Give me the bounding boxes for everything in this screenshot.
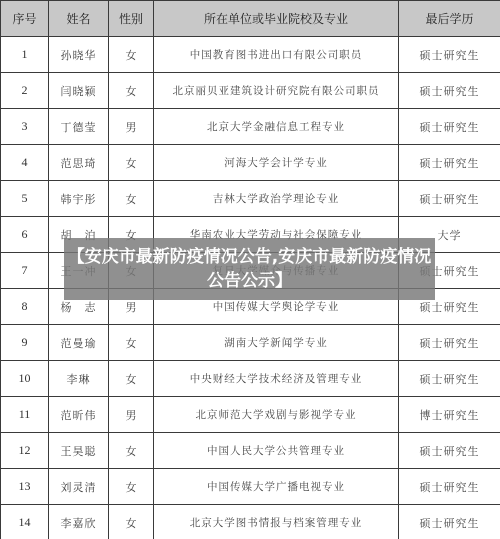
row-number: 11 [1, 397, 49, 433]
row-number: 5 [1, 181, 49, 217]
row-education: 硕士研究生 [399, 145, 500, 181]
row-number: 3 [1, 109, 49, 145]
row-education: 硕士研究生 [399, 37, 500, 73]
title-overlay-banner: 【安庆市最新防疫情况公告,安庆市最新防疫情况公告公示】 [64, 238, 435, 300]
row-gender: 女 [109, 325, 154, 361]
row-name: 李琳 [49, 361, 109, 397]
row-name: 孙晓华 [49, 37, 109, 73]
row-number: 2 [1, 73, 49, 109]
row-institution: 中国教育图书进出口有限公司职员 [154, 37, 399, 73]
row-institution: 北京师范大学戏剧与影视学专业 [154, 397, 399, 433]
row-education: 硕士研究生 [399, 109, 500, 145]
row-number: 7 [1, 253, 49, 289]
row-name: 范昕伟 [49, 397, 109, 433]
table-row: 5 韩宇彤 女 吉林大学政治学理论专业 硕士研究生 [1, 181, 500, 217]
row-name: 刘灵清 [49, 469, 109, 505]
table-row: 11 范昕伟 男 北京师范大学戏剧与影视学专业 博士研究生 [1, 397, 500, 433]
row-name: 范曼瑜 [49, 325, 109, 361]
table-header-row: 序号 姓名 性别 所在单位或毕业院校及专业 最后学历 [1, 1, 500, 37]
table-row: 3 丁德莹 男 北京大学金融信息工程专业 硕士研究生 [1, 109, 500, 145]
row-gender: 女 [109, 505, 154, 539]
header-number: 序号 [1, 1, 49, 37]
row-name: 范思琦 [49, 145, 109, 181]
row-education: 硕士研究生 [399, 433, 500, 469]
header-gender: 性别 [109, 1, 154, 37]
row-gender: 女 [109, 433, 154, 469]
row-name: 丁德莹 [49, 109, 109, 145]
row-institution: 中央财经大学技术经济及管理专业 [154, 361, 399, 397]
row-number: 13 [1, 469, 49, 505]
row-education: 硕士研究生 [399, 469, 500, 505]
row-institution: 吉林大学政治学理论专业 [154, 181, 399, 217]
row-institution: 北京大学图书情报与档案管理专业 [154, 505, 399, 539]
table-row: 12 王昊聪 女 中国人民大学公共管理专业 硕士研究生 [1, 433, 500, 469]
row-name: 韩宇彤 [49, 181, 109, 217]
row-institution: 湖南大学新闻学专业 [154, 325, 399, 361]
row-gender: 男 [109, 109, 154, 145]
header-education: 最后学历 [399, 1, 500, 37]
row-gender: 男 [109, 397, 154, 433]
row-name: 李嘉欣 [49, 505, 109, 539]
row-education: 硕士研究生 [399, 361, 500, 397]
row-number: 14 [1, 505, 49, 539]
row-education: 硕士研究生 [399, 73, 500, 109]
row-education: 硕士研究生 [399, 181, 500, 217]
header-name: 姓名 [49, 1, 109, 37]
table-row: 1 孙晓华 女 中国教育图书进出口有限公司职员 硕士研究生 [1, 37, 500, 73]
row-number: 4 [1, 145, 49, 181]
row-institution: 中国传媒大学广播电视专业 [154, 469, 399, 505]
row-gender: 女 [109, 361, 154, 397]
row-institution: 中国人民大学公共管理专业 [154, 433, 399, 469]
row-number: 10 [1, 361, 49, 397]
header-institution: 所在单位或毕业院校及专业 [154, 1, 399, 37]
row-education: 硕士研究生 [399, 325, 500, 361]
row-number: 9 [1, 325, 49, 361]
row-name: 王昊聪 [49, 433, 109, 469]
row-gender: 女 [109, 181, 154, 217]
row-number: 6 [1, 217, 49, 253]
table-row: 4 范思琦 女 河海大学会计学专业 硕士研究生 [1, 145, 500, 181]
row-gender: 女 [109, 37, 154, 73]
table-row: 2 闫晓颖 女 北京丽贝亚建筑设计研究院有限公司职员 硕士研究生 [1, 73, 500, 109]
row-institution: 河海大学会计学专业 [154, 145, 399, 181]
overlay-title: 【安庆市最新防疫情况公告,安庆市最新防疫情况公告公示】 [68, 247, 431, 291]
row-number: 8 [1, 289, 49, 325]
row-education: 硕士研究生 [399, 505, 500, 539]
row-gender: 女 [109, 73, 154, 109]
row-gender: 女 [109, 469, 154, 505]
table-row: 13 刘灵清 女 中国传媒大学广播电视专业 硕士研究生 [1, 469, 500, 505]
row-number: 1 [1, 37, 49, 73]
table-row: 14 李嘉欣 女 北京大学图书情报与档案管理专业 硕士研究生 [1, 505, 500, 539]
table-row: 10 李琳 女 中央财经大学技术经济及管理专业 硕士研究生 [1, 361, 500, 397]
row-gender: 女 [109, 145, 154, 181]
row-name: 闫晓颖 [49, 73, 109, 109]
row-institution: 北京大学金融信息工程专业 [154, 109, 399, 145]
row-number: 12 [1, 433, 49, 469]
row-institution: 北京丽贝亚建筑设计研究院有限公司职员 [154, 73, 399, 109]
row-education: 博士研究生 [399, 397, 500, 433]
table-row: 9 范曼瑜 女 湖南大学新闻学专业 硕士研究生 [1, 325, 500, 361]
